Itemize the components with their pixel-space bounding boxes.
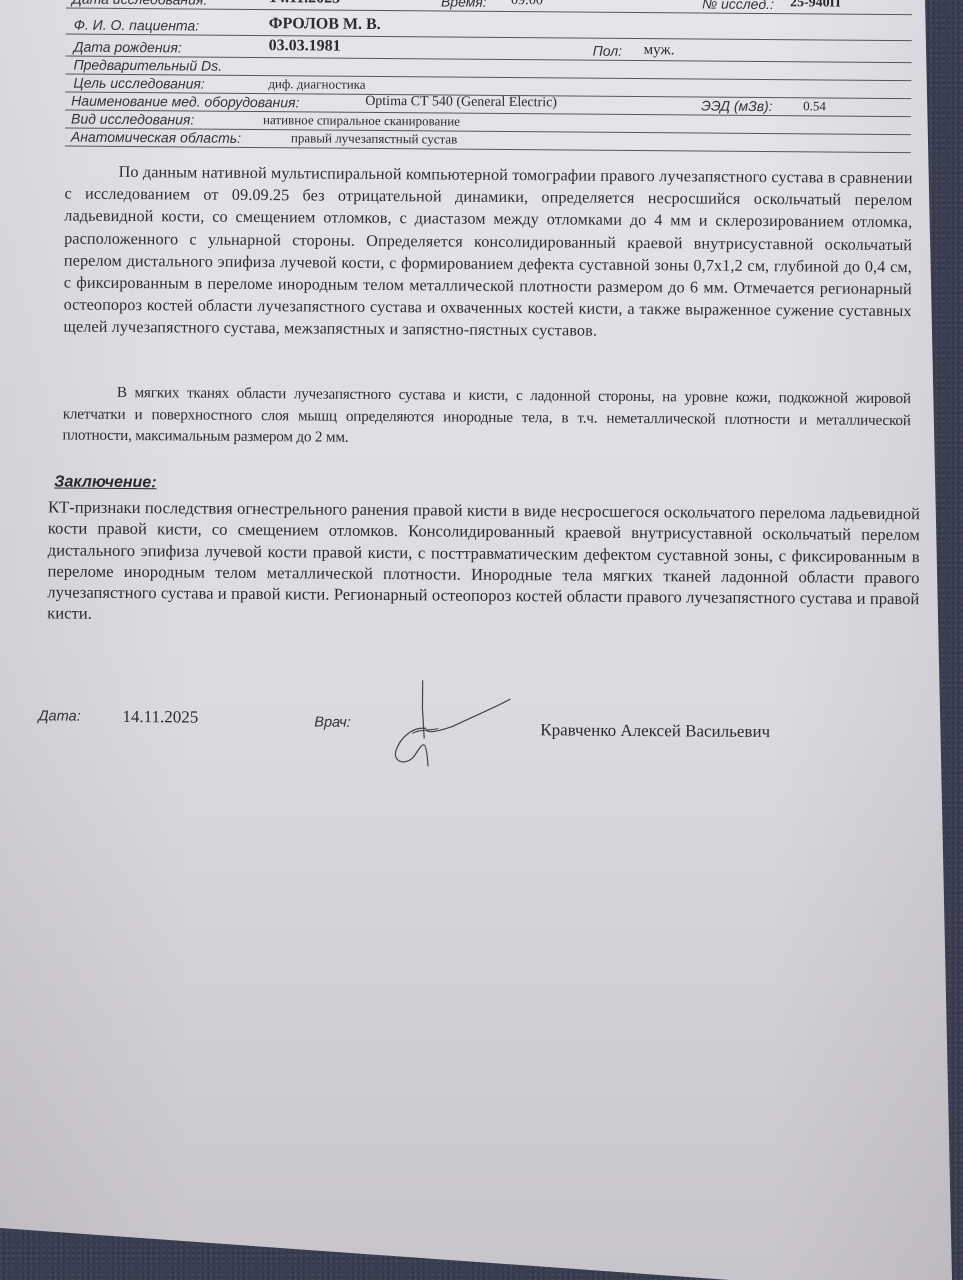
- purpose-label: Цель исследования:: [73, 75, 205, 92]
- study-type-value: нативное спиральное сканирование: [263, 112, 460, 130]
- study-date-label: Дата исследования:: [72, 0, 207, 8]
- doctor-name: Кравченко Алексей Васильевич: [540, 720, 770, 742]
- patient-name-label: Ф. И. О. пациента:: [74, 17, 199, 34]
- study-number-label: № исслед.:: [702, 0, 774, 12]
- conclusion-title: Заключение:: [54, 473, 156, 492]
- sex-value: муж.: [644, 42, 675, 59]
- preliminary-ds-label: Предварительный Ds.: [73, 57, 222, 74]
- anatomical-region-label: Анатомическая область:: [71, 129, 241, 146]
- birth-date-label: Дата рождения:: [74, 39, 182, 56]
- conclusion-text: КТ-признаки последствия огнестрельного р…: [47, 496, 920, 631]
- report-date-label: Дата:: [38, 708, 80, 724]
- effective-dose-label: ЭЭД (мЗв):: [701, 98, 773, 115]
- study-type-label: Вид исследования:: [71, 111, 194, 128]
- doctor-signature-icon: [382, 678, 523, 774]
- equipment-label: Наименование мед. оборудования:: [71, 93, 299, 111]
- doctor-label: Врач:: [314, 714, 350, 730]
- findings-paragraph-2: В мягких тканях области лучезапястного с…: [62, 382, 910, 453]
- purpose-value: диф. диагностика: [268, 76, 365, 93]
- ct-report-document: Дата исследования: 14.11.2025 Время: 09:…: [0, 0, 963, 8]
- study-date-value: 14.11.2025: [269, 0, 340, 8]
- report-date-value: 14.11.2025: [122, 707, 198, 728]
- patient-name-value: ФРОЛОВ М. В.: [269, 15, 381, 34]
- time-value: 09:00: [511, 0, 543, 9]
- study-number-value: 25-940П: [790, 0, 841, 12]
- time-label: Время:: [441, 0, 487, 10]
- findings-paragraph-1: По данным нативной мультиспиральной комп…: [63, 161, 912, 345]
- anatomical-region-value: правый лучезапястный сустав: [291, 130, 458, 147]
- equipment-value: Optima CT 540 (General Electric): [365, 94, 557, 112]
- sex-label: Пол:: [593, 43, 623, 59]
- birth-date-value: 03.03.1981: [269, 37, 341, 56]
- effective-dose-value: 0.54: [803, 98, 826, 114]
